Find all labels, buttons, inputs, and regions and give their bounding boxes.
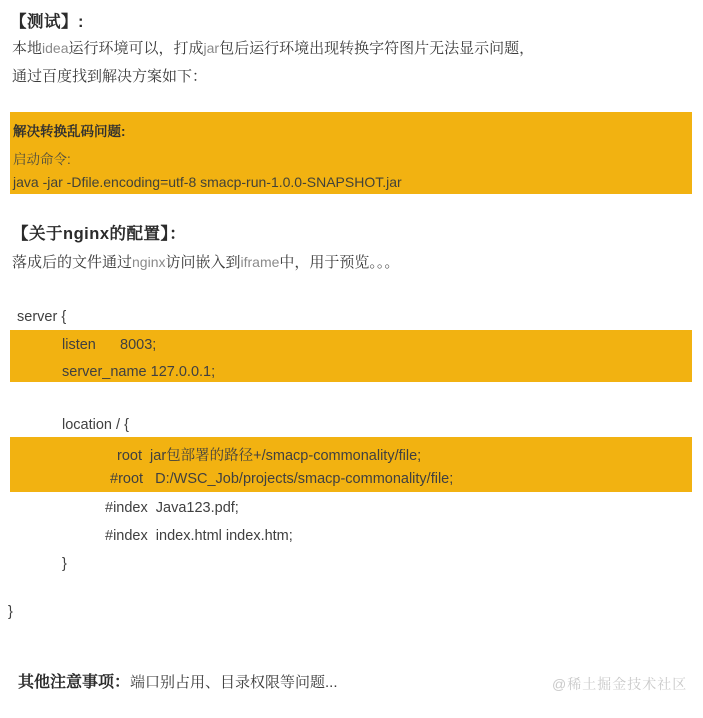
code-line-location-close: } bbox=[62, 556, 67, 572]
document-page: 【测试】: 本地idea运行环境可以，打成jar包后运行环境出现转换字符图片无法… bbox=[0, 0, 703, 718]
nginx-section-desc: 落成后的文件通过nginx访问嵌入到iframe中，用于预览。。。 bbox=[12, 251, 399, 272]
nginx-section-heading: 【关于nginx的配置】： bbox=[12, 220, 186, 244]
test-section-line1: 本地idea运行环境可以，打成jar包后运行环境出现转换字符图片无法显示问题， bbox=[12, 37, 534, 58]
encoding-fix-command: java -jar -Dfile.encoding=utf-8 smacp-ru… bbox=[13, 174, 402, 190]
line1-code-idea: idea bbox=[42, 40, 68, 56]
desc-code-iframe: iframe bbox=[241, 254, 280, 270]
code-line-root-comment: #root D:/WSC_Job/projects/smacp-commonal… bbox=[110, 471, 453, 487]
encoding-fix-title: 解决转换乱码问题: bbox=[13, 120, 126, 140]
desc-code-nginx: nginx bbox=[132, 254, 165, 270]
notes-label: 其他注意事项： bbox=[18, 674, 130, 691]
line1-text-0: 本地 bbox=[12, 40, 42, 57]
desc-text-2: 中，用于预览。。。 bbox=[279, 254, 399, 271]
code-line-server-open: server { bbox=[17, 309, 66, 325]
encoding-fix-subtitle: 启动命令: bbox=[13, 148, 71, 168]
test-section-heading: 【测试】: bbox=[10, 8, 84, 32]
code-line-location-open: location / { bbox=[62, 417, 129, 433]
code-line-server-close: } bbox=[8, 604, 13, 620]
line1-code-jar: jar bbox=[204, 40, 220, 56]
line1-text-2: 包后运行环境出现转换字符图片无法显示问题， bbox=[219, 40, 534, 57]
watermark-juejin: @稀土掘金技术社区 bbox=[552, 674, 687, 694]
code-line-index-html: #index index.html index.htm; bbox=[105, 528, 293, 544]
notes-text: 端口别占用、目录权限等问题... bbox=[130, 674, 338, 691]
desc-text-1: 访问嵌入到 bbox=[165, 254, 240, 271]
code-line-root: root jar包部署的路径+/smacp-commonality/file; bbox=[117, 444, 421, 465]
code-line-index-pdf: #index Java123.pdf; bbox=[105, 500, 239, 516]
notes-section: 其他注意事项：端口别占用、目录权限等问题... bbox=[18, 669, 338, 692]
code-line-server-name: server_name 127.0.0.1; bbox=[62, 364, 215, 380]
desc-text-0: 落成后的文件通过 bbox=[12, 254, 132, 271]
code-line-listen: listen 8003; bbox=[62, 337, 156, 353]
test-section-line2: 通过百度找到解决方案如下： bbox=[12, 65, 207, 86]
line1-text-1: 运行环境可以，打成 bbox=[68, 40, 203, 57]
